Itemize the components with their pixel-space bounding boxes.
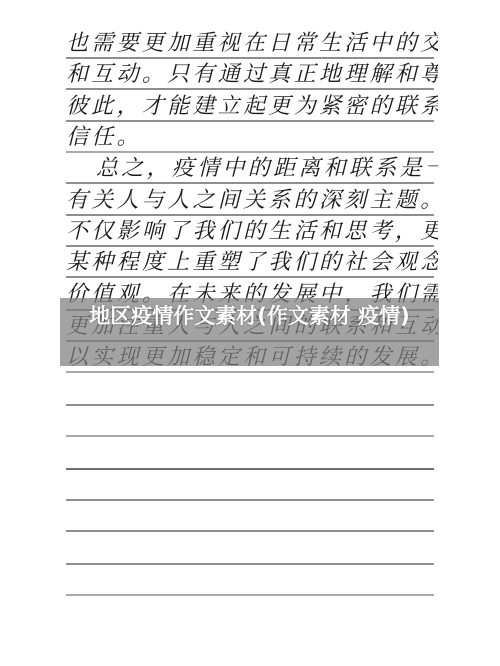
essay-line: 和互动。只有通过真正地理解和尊重 <box>66 61 438 89</box>
essay-line: 信任。 <box>66 124 438 152</box>
overlay-title: 地区疫情作文素材(作文素材 疫情) <box>70 304 430 329</box>
ruled-line <box>66 435 434 437</box>
essay-line: 有关人与人之间关系的深刻主题。它 <box>66 187 438 215</box>
ruled-line <box>66 594 434 596</box>
title-overlay-banner: 地区疫情作文素材(作文素材 疫情) <box>60 298 439 366</box>
essay-paragraph-start: 总之，疫情中的距离和联系是一个 <box>66 155 438 183</box>
ruled-line <box>66 468 434 470</box>
essay-line: 彼此，才能建立起更为紧密的联系和 <box>66 93 438 121</box>
essay-line: 不仅影响了我们的生活和思考，更在 <box>66 218 438 246</box>
ruled-line <box>66 563 434 565</box>
essay-line: 某种程度上重塑了我们的社会观念和 <box>66 249 438 277</box>
ruled-line <box>66 404 434 406</box>
essay-line: 也需要更加重视在日常生活中的交往 <box>66 30 438 58</box>
ruled-line <box>66 499 434 501</box>
essay-page: 也需要更加重视在日常生活中的交往 和互动。只有通过真正地理解和尊重 彼此，才能建… <box>0 0 500 666</box>
ruled-line <box>66 530 434 532</box>
